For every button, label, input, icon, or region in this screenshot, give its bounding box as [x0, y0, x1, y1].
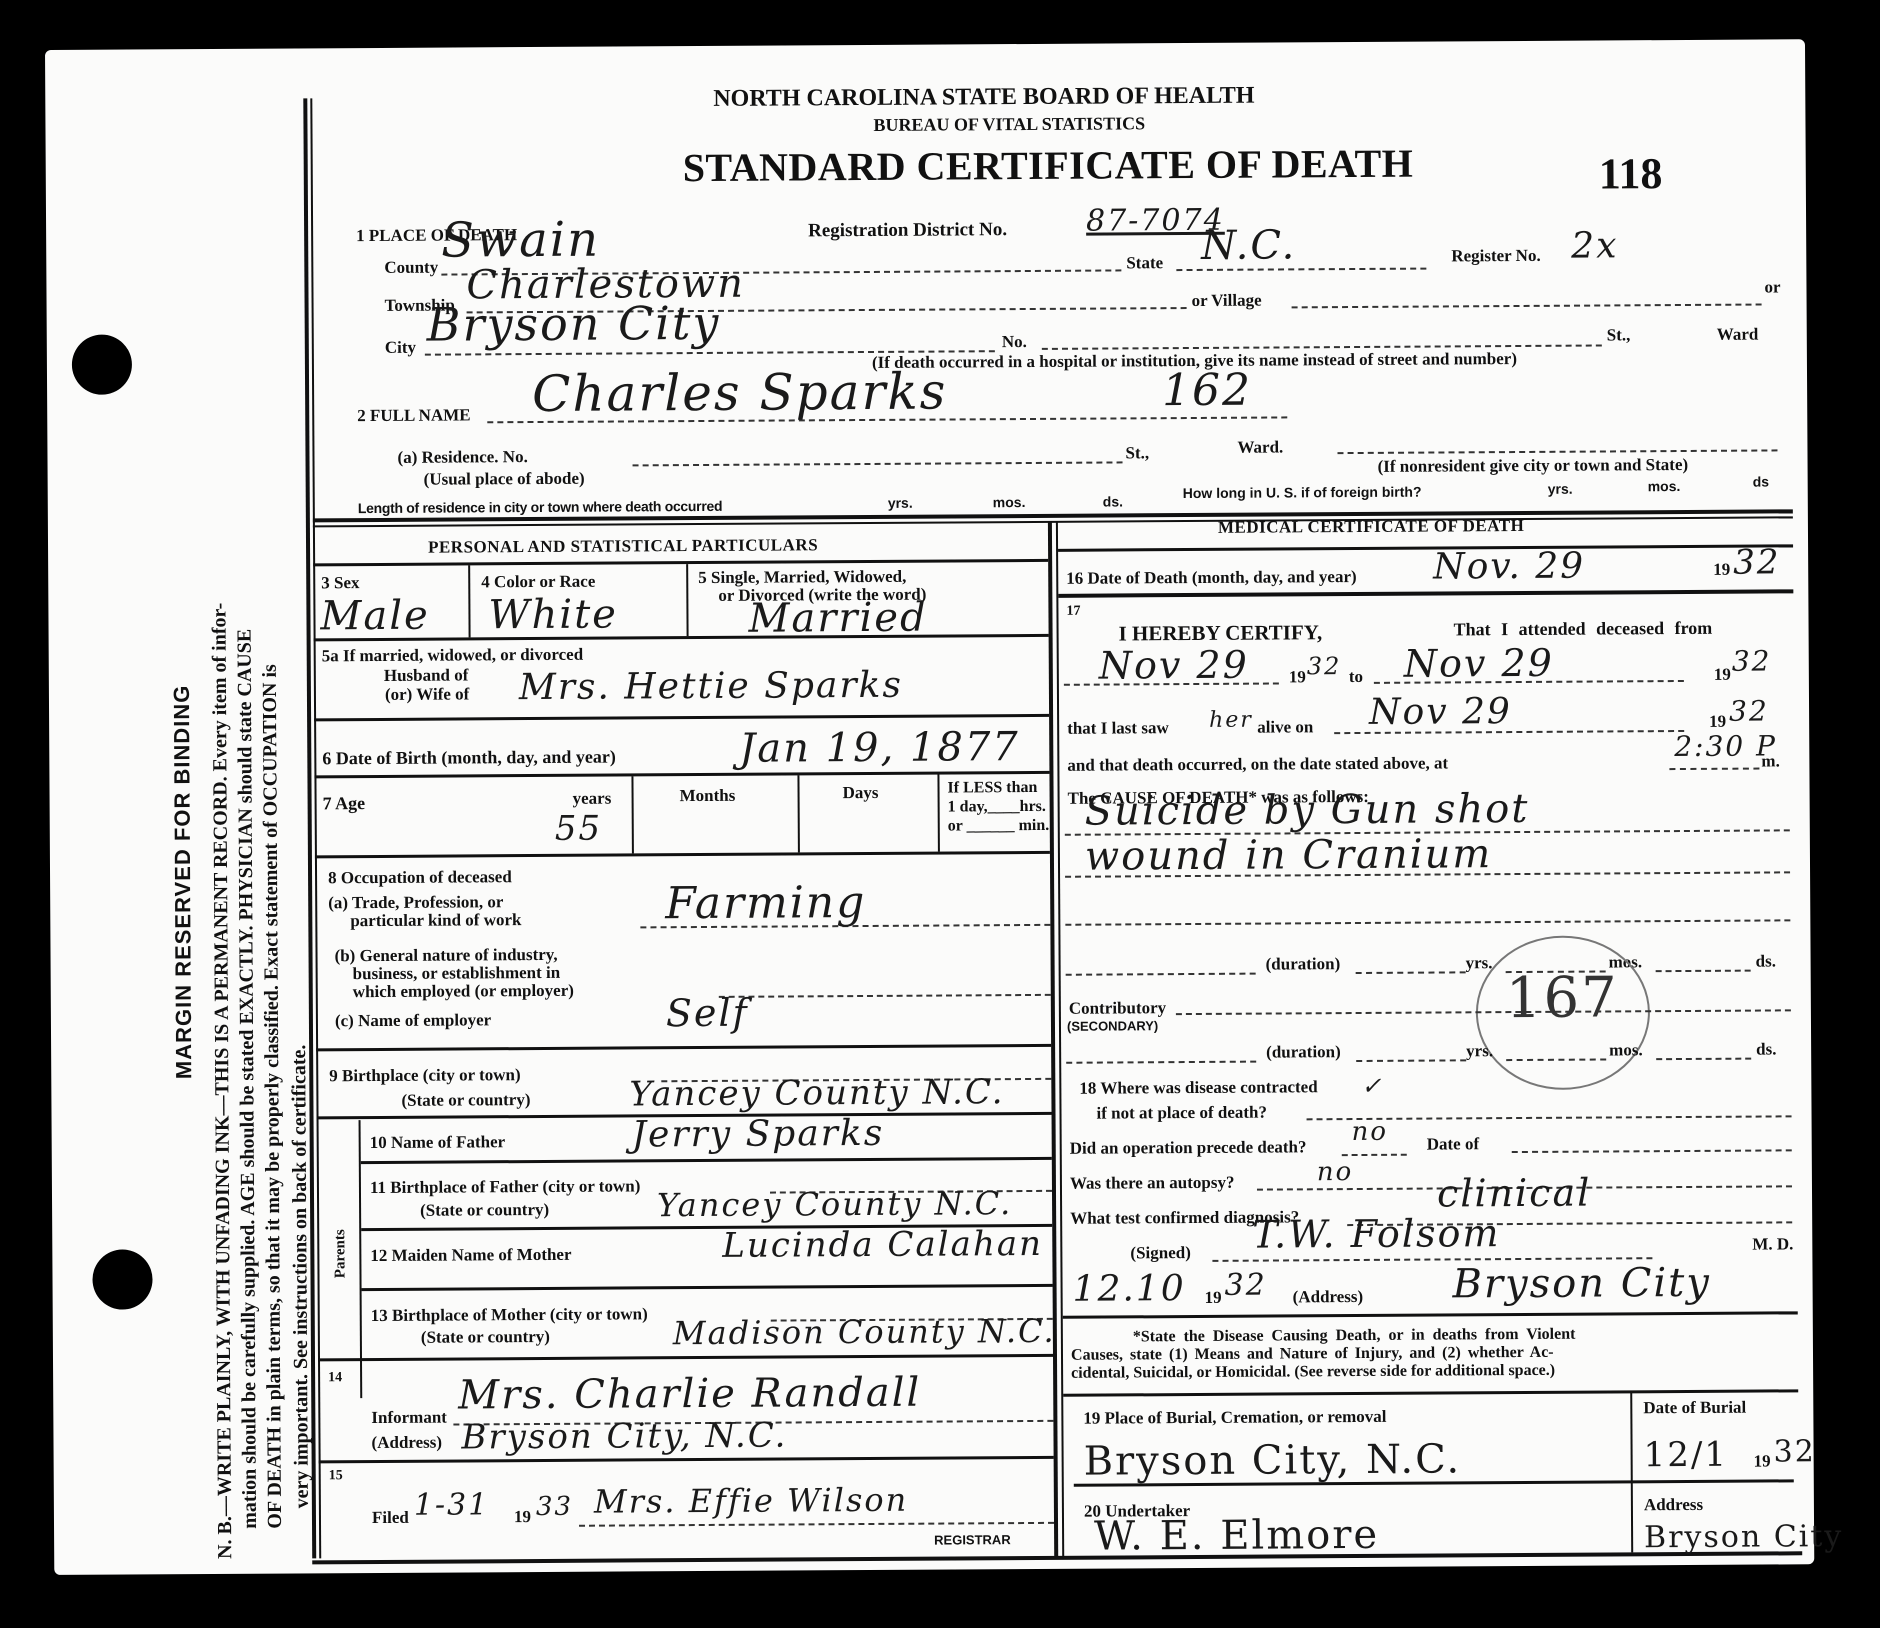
state-label: State	[1126, 253, 1163, 273]
medical-section-title: MEDICAL CERTIFICATE OF DEATH	[1218, 516, 1524, 538]
spouse-label-1: 5a If married, widowed, or divorced	[322, 645, 584, 667]
informant-address-value: Bryson City, N.C.	[461, 1415, 787, 1457]
city-ward-label: Ward	[1717, 325, 1759, 345]
race-value: White	[488, 592, 618, 639]
certificate-title: STANDARD CERTIFICATE OF DEATH	[683, 140, 1414, 191]
mother-label: 12 Maiden Name of Mother	[370, 1245, 571, 1266]
sex-value: Male	[320, 593, 430, 640]
birthplace-label: 9 Birthplace (city or town)	[329, 1065, 520, 1086]
binding-hole-top	[72, 334, 132, 394]
signed-year-prefix: 19	[1205, 1288, 1222, 1308]
registrar-value: Mrs. Effie Wilson	[594, 1481, 909, 1521]
race-label: 4 Color or Race	[481, 572, 595, 593]
page-number: 118	[1599, 148, 1663, 199]
operation-value: no	[1352, 1117, 1389, 1147]
residence-st-label: St.,	[1125, 443, 1149, 463]
date-of-death-label: 16 Date of Death (month, day, and year)	[1066, 567, 1357, 589]
duration-yrs-1: yrs.	[1466, 953, 1493, 973]
age-months-label: Months	[680, 786, 736, 806]
sex-label: 3 Sex	[321, 573, 359, 593]
duration-label-2: (duration)	[1266, 1042, 1341, 1062]
duration-ds-2: ds.	[1756, 1039, 1776, 1059]
filed-year: 33	[536, 1492, 573, 1522]
q18-value: ✓	[1361, 1072, 1383, 1100]
margin-notice-line-2: mation should be carefully supplied. AGE…	[234, 629, 262, 1529]
date-of-death-value: Nov. 29	[1433, 546, 1585, 588]
mother-value: Lucinda Calahan	[722, 1224, 1043, 1266]
trade-label-2: particular kind of work	[350, 910, 521, 931]
parents-label: Parents	[332, 1229, 349, 1278]
margin-notice-line-1: N. B.—WRITE PLAINLY, WITH UNFADING INK—T…	[208, 603, 237, 1559]
father-birthplace-label: 11 Birthplace of Father (city or town)	[370, 1176, 641, 1198]
informant-value: Mrs. Charlie Randall	[458, 1370, 921, 1419]
duration-ds-1: ds.	[1756, 951, 1776, 971]
burial-date-value: 12/1	[1643, 1435, 1728, 1476]
spouse-label-2: Husband of	[384, 665, 469, 686]
signed-year: 32	[1224, 1268, 1266, 1303]
attended-from-value: Nov 29	[1099, 643, 1249, 688]
m-label: m.	[1761, 751, 1780, 771]
mother-birthplace-state-label: (State or country)	[421, 1327, 550, 1348]
secondary-label: (SECONDARY)	[1067, 1018, 1158, 1034]
occupation-label: 8 Occupation of deceased	[328, 867, 512, 888]
spouse-value: Mrs. Hettie Sparks	[519, 665, 903, 708]
burial-year: 32	[1773, 1434, 1815, 1469]
industry-label-3: which employed (or employer)	[353, 981, 574, 1002]
length-yrs-label: yrs.	[888, 495, 913, 511]
register-no-value: 2x	[1571, 225, 1618, 266]
register-no-label: Register No.	[1451, 246, 1541, 267]
city-label: City	[385, 338, 416, 358]
last-saw-year: 32	[1729, 694, 1769, 727]
filed-number: 15	[329, 1468, 343, 1484]
registrar-label: REGISTRAR	[934, 1532, 1011, 1547]
age-less-label-3: or ______ min.	[948, 817, 1050, 836]
village-label: or Village	[1191, 291, 1261, 311]
autopsy-value: no	[1317, 1157, 1354, 1187]
binding-hole-bottom	[92, 1249, 152, 1309]
foreign-birth-label: How long in U. S. if of foreign birth?	[1183, 484, 1422, 501]
trade-value: Farming	[665, 877, 866, 929]
mother-birthplace-value: Madison County N.C.	[673, 1312, 1056, 1352]
date-of-label: Date of	[1427, 1134, 1480, 1154]
employer-label: (c) Name of employer	[335, 1010, 491, 1031]
duration-mos-2: mos.	[1609, 1040, 1643, 1060]
address-value: Bryson City	[1452, 1260, 1711, 1308]
undertaker-address-label: Address	[1644, 1495, 1703, 1515]
margin-binding-label: MARGIN RESERVED FOR BINDING	[169, 685, 197, 1080]
foreign-ds-label: ds	[1753, 473, 1769, 489]
last-saw-pronoun: her	[1209, 708, 1253, 733]
birthplace-state-label: (State or country)	[401, 1090, 530, 1111]
certify-text: That I attended deceased from	[1454, 618, 1713, 641]
full-name-label: 2 FULL NAME	[357, 405, 470, 426]
mother-birthplace-label: 13 Birthplace of Mother (city or town)	[371, 1304, 648, 1326]
burial-date-label: Date of Burial	[1643, 1398, 1746, 1419]
duration-label-1: (duration)	[1266, 954, 1341, 974]
informant-address-label: (Address)	[371, 1433, 442, 1453]
date-of-death-year-prefix: 19	[1713, 560, 1730, 580]
residence-label: (a) Residence. No.	[397, 447, 527, 468]
footnote-line-3: cidental, Suicidal, or Homicidal. (See r…	[1071, 1362, 1555, 1383]
nonresident-note: (If nonresident give city or town and St…	[1378, 455, 1689, 477]
dob-label: 6 Date of Birth (month, day, and year)	[322, 747, 616, 770]
md-label: M. D.	[1752, 1234, 1793, 1254]
county-value: Swain	[441, 212, 600, 269]
to-label: to	[1349, 667, 1363, 687]
autopsy-label: Was there an autopsy?	[1070, 1173, 1235, 1194]
date-of-death-year: 32	[1733, 542, 1781, 582]
city-st-label: St.,	[1607, 325, 1631, 345]
city-no-label: No.	[1002, 332, 1027, 352]
father-birthplace-value: Yancey County N.C.	[657, 1184, 1012, 1224]
informant-number: 14	[328, 1370, 342, 1386]
cause-line-1: Suicide by Gun shot	[1085, 786, 1530, 835]
employer-value: Self	[666, 991, 749, 1036]
contributory-label: Contributory	[1069, 998, 1166, 1019]
age-less-label-2: 1 day,____hrs.	[948, 798, 1046, 817]
from-year: 32	[1307, 652, 1342, 680]
last-saw-label: that I last saw	[1067, 718, 1169, 739]
burial-place-value: Bryson City, N.C.	[1084, 1436, 1462, 1484]
age-days-label: Days	[842, 783, 878, 803]
test-value: clinical	[1437, 1171, 1592, 1216]
dob-value: Jan 19, 1877	[739, 724, 1020, 772]
father-label: 10 Name of Father	[370, 1132, 506, 1153]
registration-district-label: Registration District No.	[808, 219, 1007, 242]
signed-date: 12.10	[1072, 1268, 1185, 1310]
death-certificate-page: MARGIN RESERVED FOR BINDING N. B.—WRITE …	[45, 39, 1814, 1575]
usual-abode-label: (Usual place of abode)	[424, 469, 585, 490]
foreign-mos-label: mos.	[1648, 478, 1681, 494]
margin-notice-line-3: OF DEATH in plain terms, so that it may …	[259, 664, 287, 1529]
length-ds-label: ds.	[1103, 493, 1123, 509]
undertaker-value: W. E. Elmore	[1094, 1512, 1379, 1560]
burial-year-prefix: 19	[1754, 1451, 1771, 1471]
undertaker-address-value: Bryson City	[1644, 1519, 1843, 1555]
filed-year-prefix: 19	[514, 1507, 531, 1527]
length-mos-label: mos.	[993, 494, 1026, 510]
age-years-label: years	[573, 789, 612, 809]
informant-label: Informant	[371, 1408, 447, 1428]
from-year-prefix: 19	[1289, 667, 1306, 687]
q18-label-1: 18 Where was disease contracted	[1079, 1077, 1317, 1098]
item-17-number: 17	[1066, 604, 1080, 620]
alive-on-label: alive on	[1257, 717, 1313, 737]
to-year: 32	[1732, 644, 1772, 677]
bureau-heading: BUREAU OF VITAL STATISTICS	[873, 113, 1145, 136]
signed-value: T.W. Folsom	[1252, 1211, 1500, 1257]
duration-yrs-2: yrs.	[1466, 1041, 1493, 1061]
filed-date: 1-31	[414, 1487, 490, 1522]
full-name-value: Charles Sparks	[532, 362, 948, 423]
to-year-prefix: 19	[1714, 665, 1731, 685]
address-label: (Address)	[1293, 1287, 1364, 1307]
board-heading: NORTH CAROLINA STATE BOARD OF HEALTH	[713, 83, 1254, 113]
q18-label-2: if not at place of death?	[1096, 1103, 1267, 1124]
signed-label: (Signed)	[1130, 1243, 1191, 1263]
state-value: N.C.	[1201, 222, 1296, 269]
age-years-value: 55	[555, 809, 603, 849]
operation-label: Did an operation precede death?	[1070, 1137, 1307, 1158]
age-less-label-1: If LESS than	[947, 779, 1037, 798]
age-label: 7 Age	[323, 793, 366, 814]
residence-ward-label: Ward.	[1237, 437, 1283, 457]
full-name-annotation: 162	[1162, 365, 1252, 417]
stamp-number: 167	[1506, 965, 1619, 1031]
cause-line-2: wound in Cranium	[1085, 831, 1493, 879]
last-saw-date: Nov 29	[1369, 691, 1512, 733]
foreign-yrs-label: yrs.	[1548, 481, 1573, 497]
city-value: Bryson City	[427, 296, 721, 352]
personal-section-title: PERSONAL AND STATISTICAL PARTICULARS	[428, 535, 818, 557]
burial-place-label: 19 Place of Burial, Cremation, or remova…	[1083, 1407, 1386, 1429]
spouse-label-3: (or) Wife of	[385, 684, 469, 705]
death-occurred-label: and that death occurred, on the date sta…	[1067, 753, 1448, 775]
filed-label: Filed	[372, 1508, 409, 1528]
or-label: or	[1764, 277, 1780, 297]
father-birthplace-state-label: (State or country)	[420, 1200, 549, 1221]
father-value: Jerry Sparks	[632, 1113, 885, 1156]
birthplace-value: Yancey County N.C.	[629, 1072, 1004, 1114]
length-residence-label: Length of residence in city or town wher…	[358, 498, 722, 516]
attended-to-value: Nov 29	[1404, 641, 1554, 686]
county-label: County	[384, 258, 438, 278]
